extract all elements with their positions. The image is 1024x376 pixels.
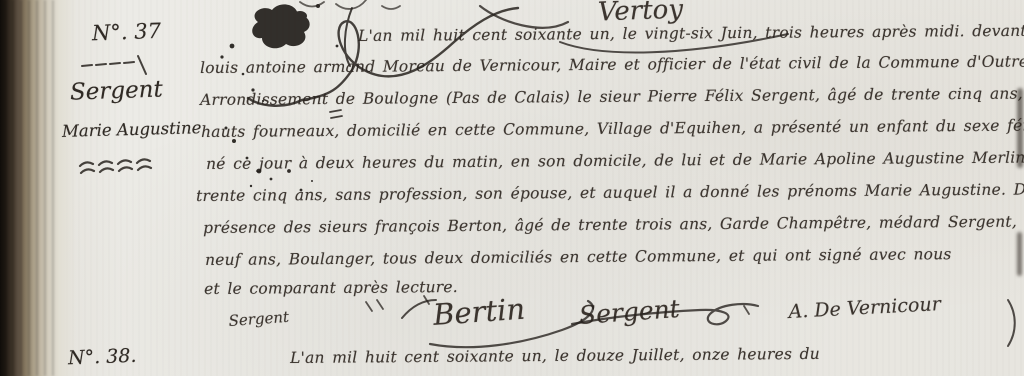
register-page-scan: N°. 37 Sergent Marie Augustine N°. 38. V… [0, 0, 1024, 376]
act-line-5: né ce jour à deux heures du matin, en so… [206, 148, 1024, 173]
act-line-8: neuf ans, Boulanger, tous deux domicilié… [205, 245, 952, 269]
signature-bertin-witness: Bertin [432, 292, 526, 332]
pen-marks [366, 296, 749, 314]
margin-next-act-number: N°. 38. [68, 345, 137, 369]
act-line-2: louis antoine armand Moreau de Vernicour… [200, 52, 1024, 77]
signature-sergent-father: Sergent [228, 308, 290, 330]
margin-act-number: N°. 37 [92, 19, 162, 45]
previous-act-signature: Vertoy [598, 0, 684, 27]
margin-flourish-top [82, 56, 146, 74]
signature-sergent-witness: Sergent [578, 294, 681, 330]
act-line-1: L'an mil huit cent soixante un, le vingt… [358, 21, 1024, 45]
top-cut-strokes [300, 0, 400, 9]
closing-paren [1008, 300, 1015, 346]
act-line-3: Arrondissement de Boulogne (Pas de Calai… [200, 84, 1024, 109]
margin-surname: Sergent [70, 76, 164, 105]
act-line-9: et le comparant après lecture. [204, 278, 458, 298]
margin-given-names: Marie Augustine [62, 118, 202, 141]
act-line-7: présence des sieurs françois Berton, âgé… [203, 212, 1024, 237]
act-line-4: hauts fourneaux, domicilié en cette Comm… [201, 116, 1024, 141]
act-line-6: trente cinq ans, sans profession, son ép… [196, 180, 1024, 205]
binding-streaks [4, 0, 58, 376]
page-edge-shadow [1017, 232, 1022, 276]
signature-mayor-de-vernicour: A. De Vernicour [788, 293, 941, 323]
margin-flourish-bottom [80, 159, 151, 173]
next-act-first-line: L'an mil huit cent soixante un, le douze… [290, 345, 820, 367]
